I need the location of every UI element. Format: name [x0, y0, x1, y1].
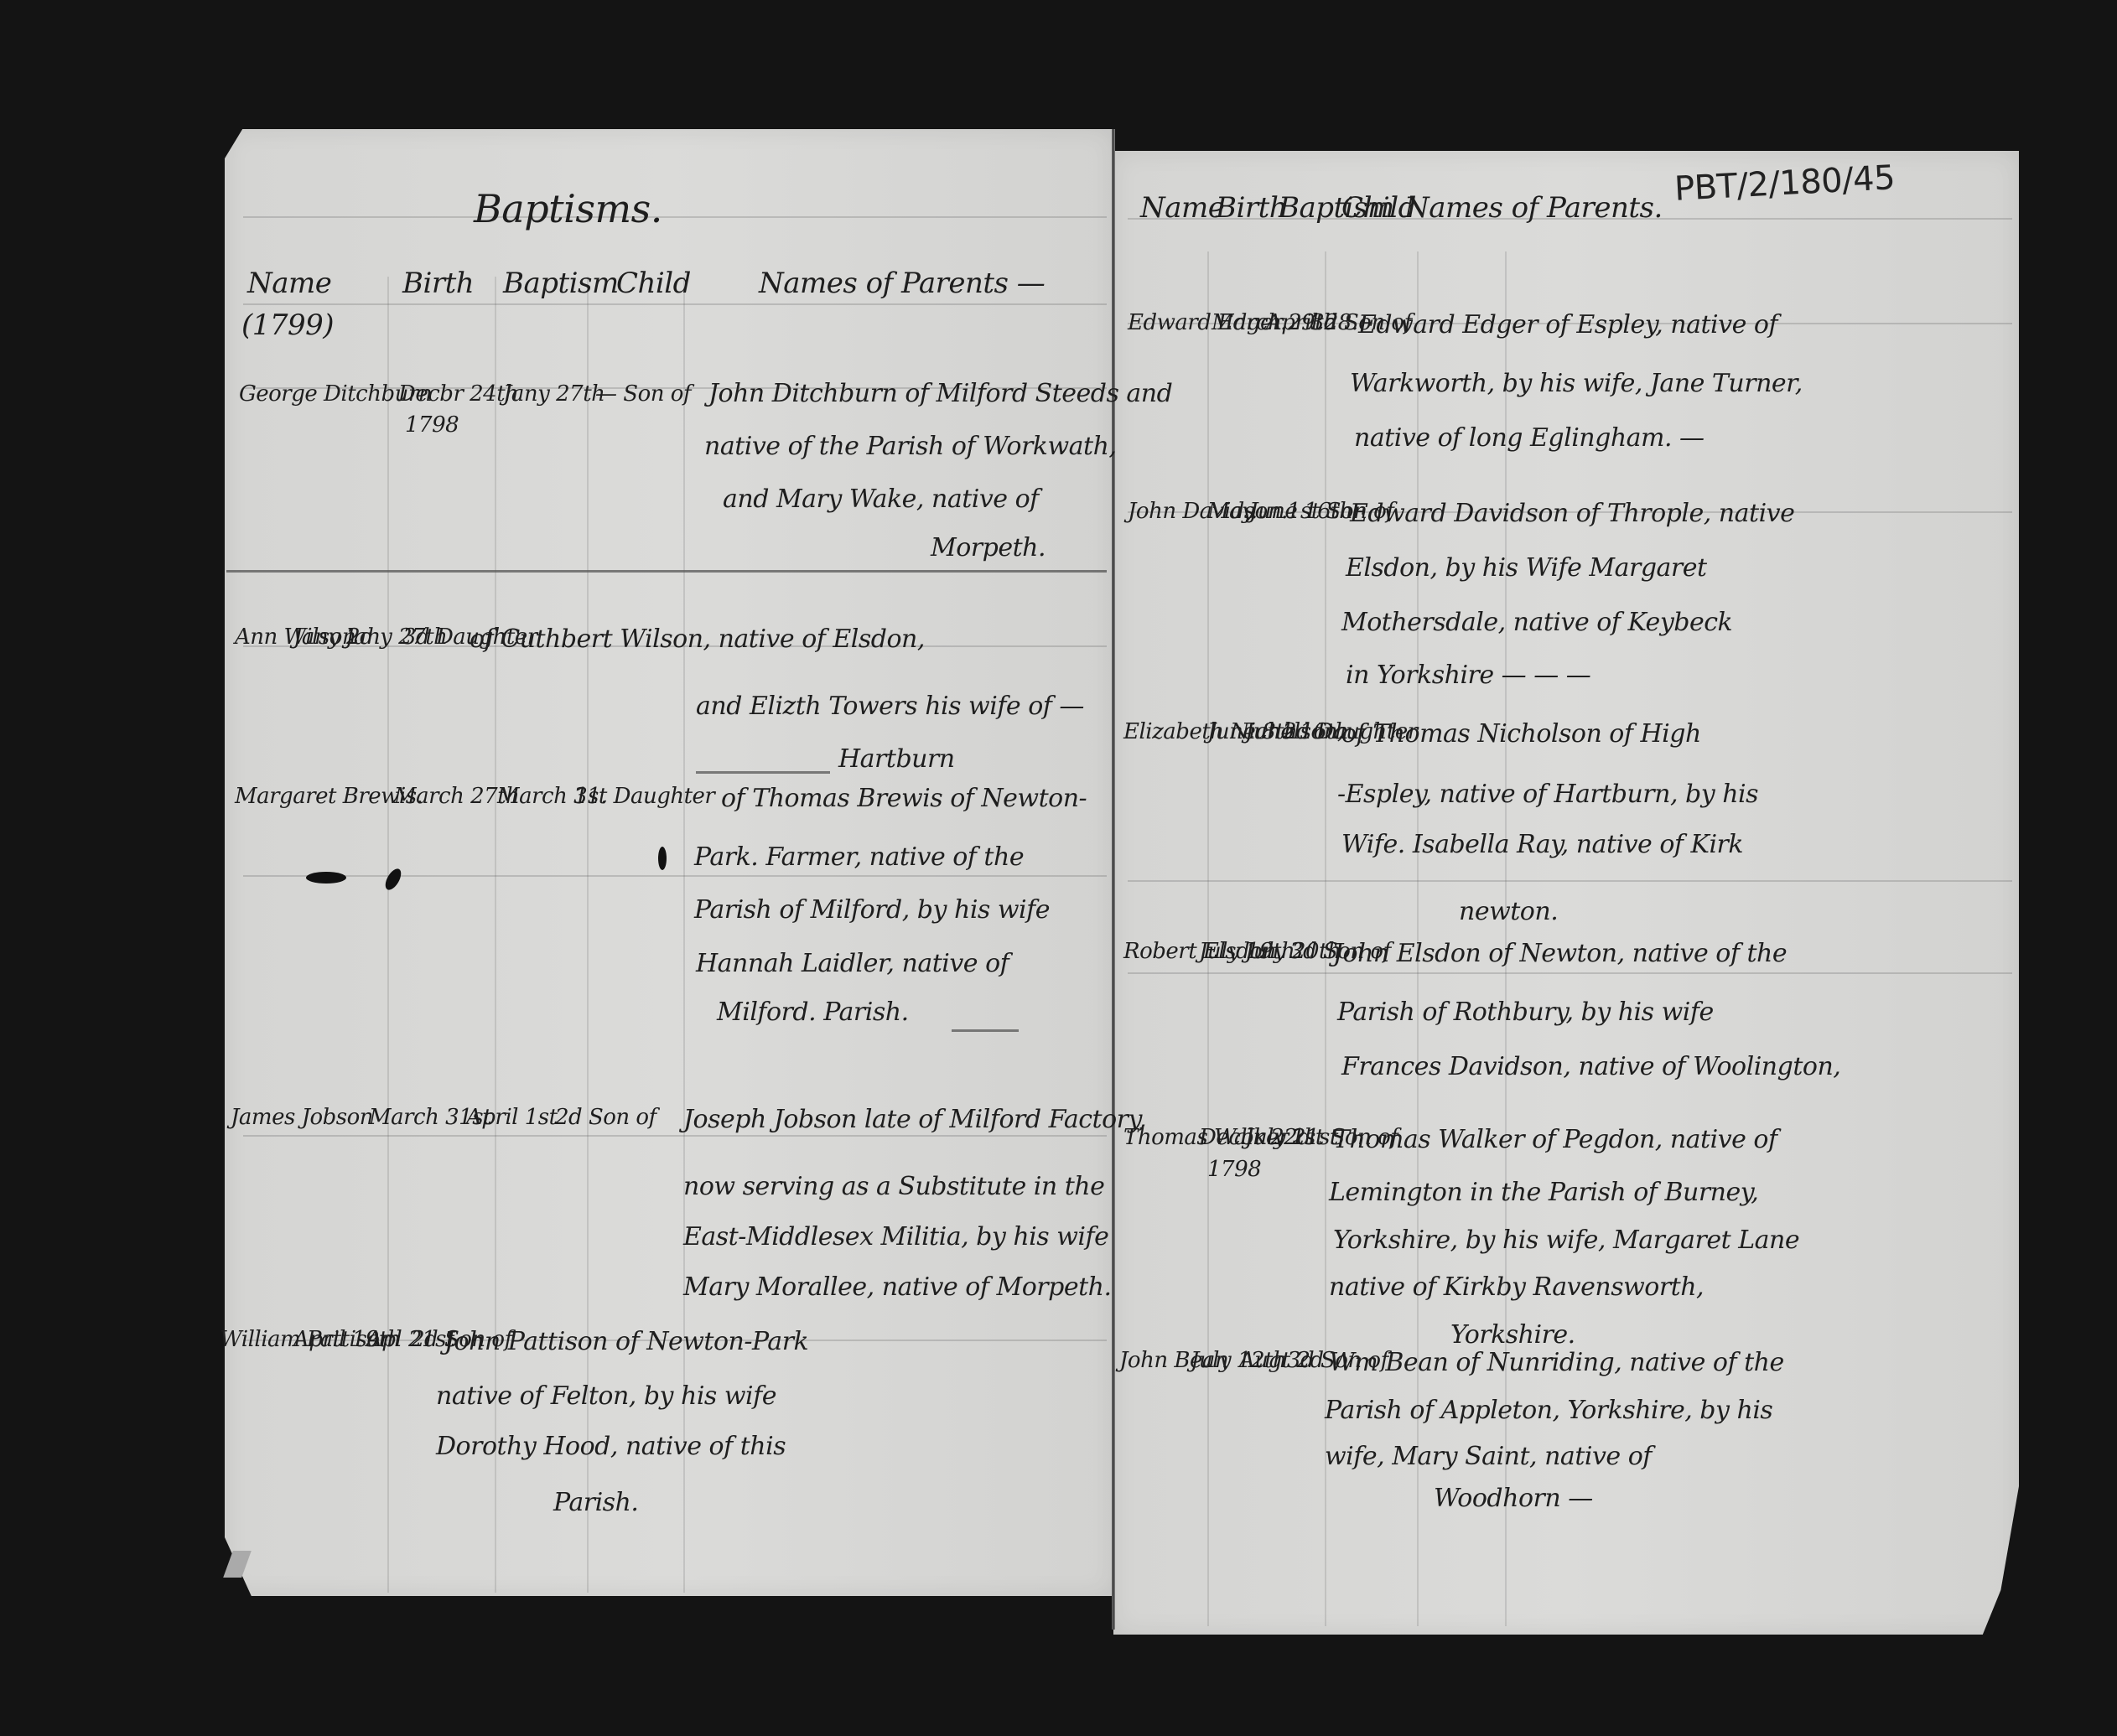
entry-parents-line: Parish of Appleton, Yorkshire, by his — [1325, 1396, 1772, 1425]
entry-baptism: Jany 27th — [503, 381, 604, 407]
entry-parents-line: Warkworth, by his wife, Jane Turner, — [1350, 369, 1803, 398]
entry-parents-line: East-Middlesex Militia, by his wife — [683, 1222, 1108, 1251]
entry-child: — Son of — [595, 381, 691, 407]
entry-parents-line: and Elizth Towers his wife of — — [696, 692, 1084, 721]
entry-parents-line: native of Felton, by his wife — [436, 1381, 776, 1411]
header-birth: Birth — [1216, 191, 1287, 225]
entry-parents-line: of Thomas Nicholson of High — [1341, 719, 1701, 749]
entry-parents-line: and Mary Wake, native of — [723, 485, 1039, 514]
ink-blot — [658, 847, 667, 870]
entry-parents-line: Milford. Parish. — [717, 998, 909, 1027]
ruled-line — [243, 216, 1107, 218]
header-baptism: Baptism — [503, 267, 619, 300]
entry-parents-line: Edward Davidson of Throple, native — [1350, 499, 1794, 528]
entry-parents-line: newton. — [1459, 897, 1558, 926]
header-parents: Names of Parents — — [759, 267, 1045, 300]
entry-parents-line: Parish. — [553, 1488, 638, 1517]
entry-parents-line: now serving as a Substitute in the — [683, 1172, 1104, 1201]
entry-parents-line: Hannah Laidler, native of — [696, 949, 1009, 978]
entry-parents-line: Wm Bean of Nunriding, native of the — [1329, 1348, 1784, 1377]
entry-parents-line: John Elsdon of Newton, native of the — [1333, 939, 1787, 968]
entry-child: 2d Son of — [555, 1105, 656, 1130]
entry-parents-line: wife, Mary Saint, native of — [1325, 1442, 1652, 1471]
entry-parents-line: Yorkshire. — [1450, 1320, 1575, 1350]
entry-child: 1st Daughter — [574, 784, 714, 809]
entry-parents-line: in Yorkshire — — — — [1346, 661, 1590, 690]
ruled-line — [1128, 880, 2012, 882]
entry-parents-line: Edward Edger of Espley, native of — [1358, 310, 1777, 339]
entry-parents-line: native of Kirkby Ravensworth, — [1329, 1272, 1704, 1302]
entry-parents-line: Parish of Rothbury, by his wife — [1337, 998, 1714, 1027]
register-year: (1799) — [241, 308, 334, 342]
entry-parents-line: -Espley, native of Hartburn, by his — [1337, 780, 1758, 809]
header-name: Name — [1140, 191, 1224, 225]
ruled-line — [243, 1135, 1107, 1137]
entry-parents-line: Wife. Isabella Ray, native of Kirk — [1341, 830, 1743, 859]
header-name: Name — [247, 267, 331, 300]
entry-parents-line: John Pattison of Newton-Park — [444, 1327, 808, 1356]
entry-parents-line: Elsdon, by his Wife Margaret — [1346, 553, 1707, 583]
section-divider — [226, 570, 1107, 573]
header-parents: Names of Parents. — [1404, 191, 1663, 225]
column-rule — [387, 277, 389, 1593]
entry-parents-line: of Thomas Brewis of Newton- — [721, 784, 1087, 813]
underline — [696, 771, 830, 774]
entry-parents-line: Hartburn — [838, 744, 955, 774]
entry-parents-line: native of the Parish of Workwath, — [704, 432, 1116, 461]
entry-parents-line: native of long Eglingham. — — [1354, 423, 1704, 453]
ruled-line — [243, 875, 1107, 877]
entry-parents-line: Thomas Walker of Pegdon, native of — [1333, 1125, 1777, 1154]
entry-parents-line: John Ditchburn of Milford Steeds and — [708, 379, 1172, 408]
page-fold — [1112, 129, 1115, 1630]
entry-parents-line: Frances Davidson, native of Woolington, — [1341, 1052, 1840, 1081]
entry-parents-line: Morpeth. — [931, 533, 1046, 562]
page-title: Baptisms. — [474, 186, 662, 231]
entry-parents-line: Yorkshire, by his wife, Margaret Lane — [1333, 1226, 1799, 1255]
underline — [952, 1029, 1019, 1032]
ruled-line — [1128, 972, 2012, 974]
header-child: Child — [616, 267, 691, 300]
entry-parents-line: Joseph Jobson late of Milford Factory, — [683, 1105, 1146, 1134]
entry-parents-line: Dorothy Hood, native of this — [436, 1432, 786, 1461]
entry-parents-line: Mary Morallee, native of Morpeth. — [683, 1272, 1112, 1302]
entry-parents-line: Lemington in the Parish of Burney, — [1329, 1178, 1758, 1207]
entry-name: James Jobson — [231, 1105, 373, 1130]
entry-parents-line: Mothersdale, native of Keybeck — [1341, 608, 1732, 637]
entry-parents-line: Park. Farmer, native of the — [694, 842, 1024, 872]
entry-birth: Decbr 24th — [398, 381, 518, 407]
ink-blot — [306, 872, 346, 884]
entry-parents-line: of Cuthbert Wilson, native of Elsdon, — [470, 624, 925, 654]
entry-parents-line: Parish of Milford, by his wife — [694, 895, 1050, 925]
entry-baptism: April 1st — [466, 1105, 558, 1130]
header-birth: Birth — [402, 267, 474, 300]
entry-birth-year: 1798 — [1207, 1157, 1261, 1182]
entry-birth-year: 1798 — [405, 412, 459, 438]
entry-parents-line: Woodhorn — — [1434, 1484, 1593, 1513]
ruled-line — [243, 303, 1107, 305]
